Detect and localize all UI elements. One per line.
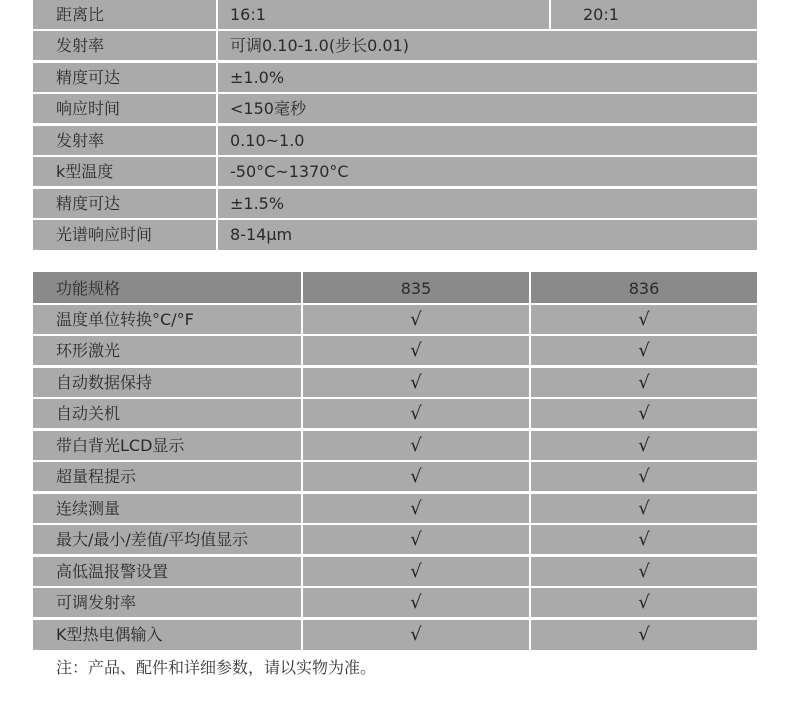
- divider: [216, 0, 218, 29]
- divider: [216, 157, 218, 186]
- feature-row: 带白背光LCD显示 √ √: [33, 431, 757, 460]
- check-icon: √: [531, 588, 757, 617]
- divider: [216, 94, 218, 123]
- check-icon: √: [303, 620, 529, 650]
- feature-row: 连续测量 √ √: [33, 494, 757, 523]
- feature-label: K型热电偶输入: [56, 620, 163, 650]
- check-icon: √: [303, 494, 529, 523]
- check-icon: √: [531, 494, 757, 523]
- spec-row: 发射率 可调0.10-1.0(步长0.01): [33, 31, 757, 60]
- feature-row: 温度单位转换°C/°F √ √: [33, 305, 757, 334]
- spec-row: 精度可达 ±1.0%: [33, 63, 757, 92]
- spec-value: 可调0.10-1.0(步长0.01): [230, 31, 409, 60]
- feature-table-header: 功能规格 835 836: [33, 272, 757, 303]
- feature-label: 带白背光LCD显示: [56, 431, 184, 460]
- check-icon: √: [531, 399, 757, 428]
- divider: [549, 0, 551, 29]
- feature-label: 连续测量: [56, 494, 120, 523]
- feature-row: 自动数据保持 √ √: [33, 368, 757, 397]
- spec-label: 发射率: [56, 31, 104, 60]
- feature-row: K型热电偶输入 √ √: [33, 620, 757, 650]
- disclaimer-note: 注：产品、配件和详细参数，请以实物为准。: [56, 656, 376, 680]
- feature-label: 温度单位转换°C/°F: [56, 305, 194, 334]
- spec-row: 光谱响应时间 8-14μm: [33, 220, 757, 250]
- divider: [216, 126, 218, 155]
- feature-label: 自动关机: [56, 399, 120, 428]
- spec-value: ±1.0%: [230, 63, 284, 92]
- check-icon: √: [531, 620, 757, 650]
- header-label: 功能规格: [56, 272, 120, 303]
- feature-row: 高低温报警设置 √ √: [33, 557, 757, 586]
- spec-row: 响应时间 <150毫秒: [33, 94, 757, 123]
- check-icon: √: [531, 336, 757, 365]
- feature-row: 可调发射率 √ √: [33, 588, 757, 617]
- check-icon: √: [303, 368, 529, 397]
- feature-label: 环形激光: [56, 336, 120, 365]
- spec-row: k型温度 -50°C~1370°C: [33, 157, 757, 186]
- spec-value: ±1.5%: [230, 189, 284, 218]
- spec-value-2: 20:1: [583, 0, 619, 29]
- spec-row: 发射率 0.10~1.0: [33, 126, 757, 155]
- spec-label: k型温度: [56, 157, 113, 186]
- check-icon: √: [303, 525, 529, 554]
- feature-row: 最大/最小/差值/平均值显示 √ √: [33, 525, 757, 554]
- divider: [216, 63, 218, 92]
- divider: [216, 31, 218, 60]
- spec-value: -50°C~1370°C: [230, 157, 349, 186]
- check-icon: √: [531, 462, 757, 491]
- spec-label: 距离比: [56, 0, 104, 29]
- feature-label: 高低温报警设置: [56, 557, 168, 586]
- feature-row: 环形激光 √ √: [33, 336, 757, 365]
- spec-label: 光谱响应时间: [56, 220, 152, 250]
- check-icon: √: [531, 557, 757, 586]
- feature-table: 功能规格 835 836 温度单位转换°C/°F √ √ 环形激光 √ √ 自动…: [33, 272, 757, 650]
- spec-value: 0.10~1.0: [230, 126, 304, 155]
- feature-label: 自动数据保持: [56, 368, 152, 397]
- divider: [216, 189, 218, 218]
- header-model-836: 836: [531, 272, 757, 303]
- check-icon: √: [531, 305, 757, 334]
- check-icon: √: [303, 431, 529, 460]
- feature-label: 超量程提示: [56, 462, 136, 491]
- spec-label: 响应时间: [56, 94, 120, 123]
- feature-row: 自动关机 √ √: [33, 399, 757, 428]
- check-icon: √: [303, 336, 529, 365]
- check-icon: √: [303, 462, 529, 491]
- spec-label: 发射率: [56, 126, 104, 155]
- feature-label: 可调发射率: [56, 588, 136, 617]
- check-icon: √: [303, 305, 529, 334]
- feature-row: 超量程提示 √ √: [33, 462, 757, 491]
- spec-row-distance-ratio: 距离比 16:1 20:1: [33, 0, 757, 29]
- check-icon: √: [531, 431, 757, 460]
- spec-label: 精度可达: [56, 63, 120, 92]
- spec-value: 8-14μm: [230, 220, 292, 250]
- spec-table: 距离比 16:1 20:1 发射率 可调0.10-1.0(步长0.01) 精度可…: [33, 0, 757, 251]
- spec-row: 精度可达 ±1.5%: [33, 189, 757, 218]
- divider: [216, 220, 218, 250]
- check-icon: √: [303, 588, 529, 617]
- spec-value: <150毫秒: [230, 94, 306, 123]
- spec-label: 精度可达: [56, 189, 120, 218]
- spec-value: 16:1: [230, 0, 266, 29]
- check-icon: √: [303, 557, 529, 586]
- header-model-835: 835: [303, 272, 529, 303]
- feature-label: 最大/最小/差值/平均值显示: [56, 525, 248, 554]
- check-icon: √: [531, 368, 757, 397]
- check-icon: √: [531, 525, 757, 554]
- check-icon: √: [303, 399, 529, 428]
